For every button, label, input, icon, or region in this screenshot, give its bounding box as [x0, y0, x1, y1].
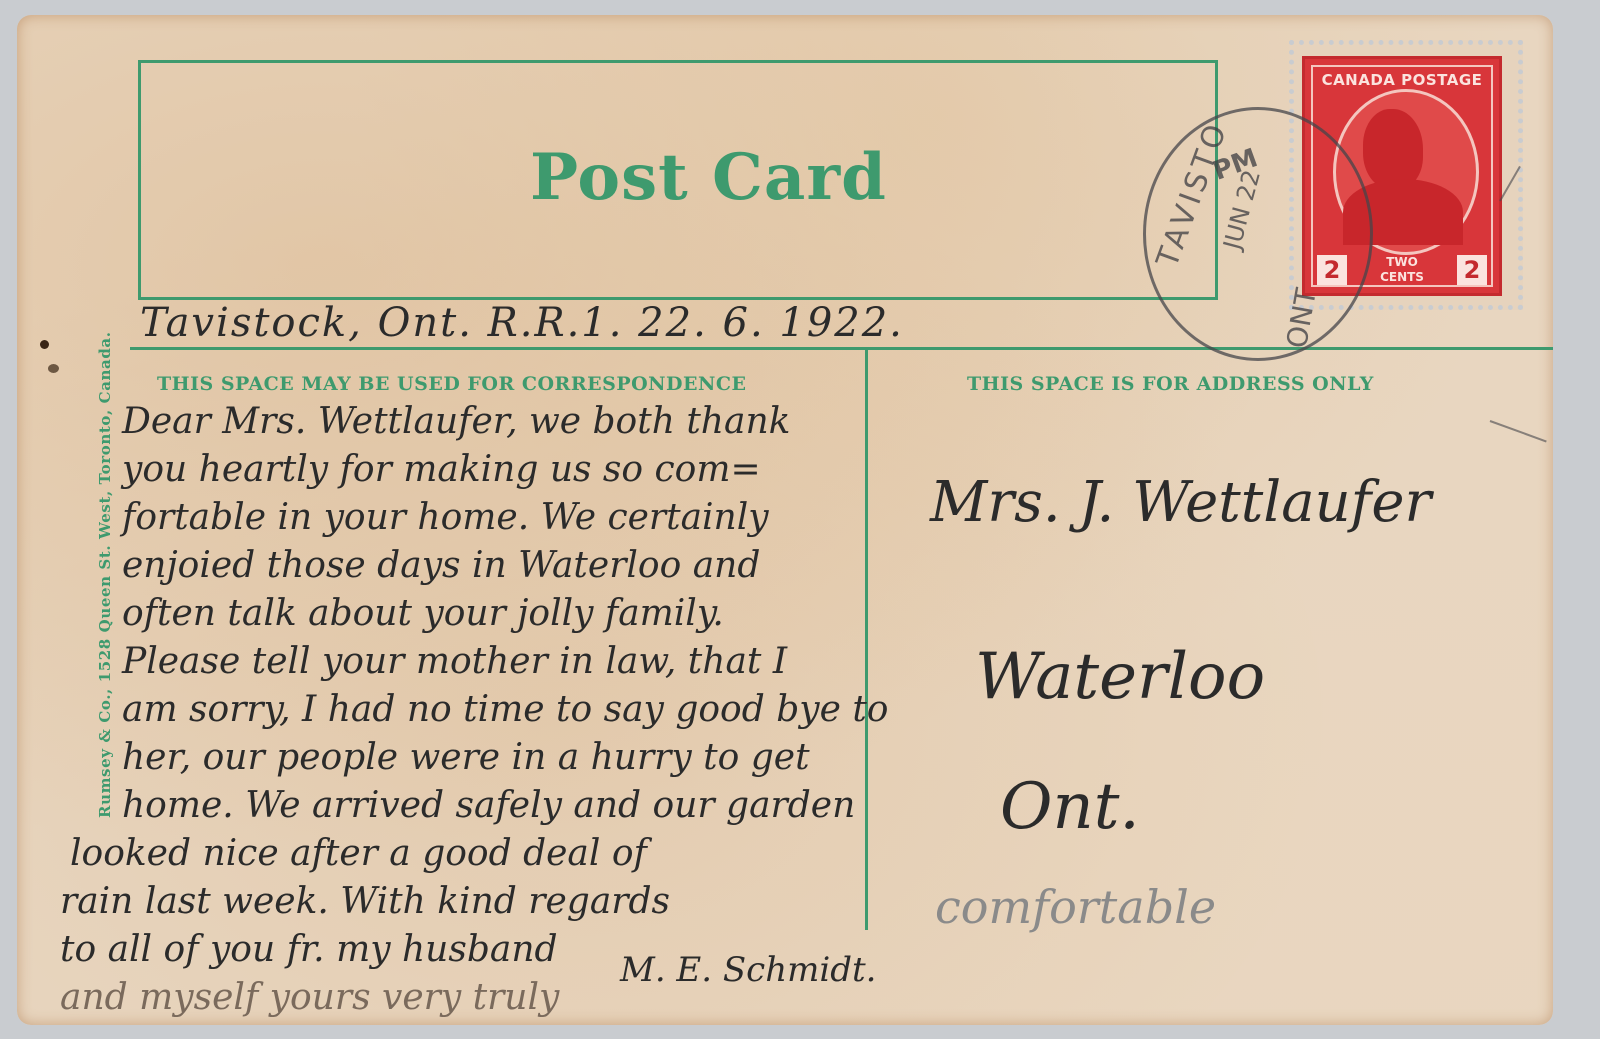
stamp-value-word: CENTS — [1355, 270, 1449, 285]
king-portrait-icon — [1363, 109, 1423, 189]
message-line: enjoied those days in Waterloo and — [60, 542, 888, 590]
message-line: Dear Mrs. Wettlaufer, we both thank — [60, 398, 888, 446]
handwritten-message: Dear Mrs. Wettlaufer, we both thank you … — [60, 398, 888, 1022]
correspondence-label: THIS SPACE MAY BE USED FOR CORRESPONDENC… — [157, 373, 746, 395]
postcard-title: Post Card — [530, 140, 887, 215]
message-line: looked nice after a good deal of — [60, 830, 888, 878]
message-line: home. We arrived safely and our garden — [60, 782, 888, 830]
message-line: often talk about your jolly family. — [60, 590, 888, 638]
ink-spot — [40, 340, 49, 349]
stamp-value-right: 2 — [1457, 255, 1487, 285]
message-line: rain last week. With kind regards — [60, 878, 888, 926]
ink-spot — [48, 364, 59, 373]
stamp-country-text: CANADA POSTAGE — [1305, 71, 1499, 89]
recipient-city: Waterloo — [975, 640, 1265, 714]
message-line: her, our people were in a hurry to get — [60, 734, 888, 782]
message-line: you heartly for making us so com= — [60, 446, 888, 494]
recipient-province: Ont. — [1000, 770, 1140, 844]
address-label: THIS SPACE IS FOR ADDRESS ONLY — [967, 373, 1374, 395]
pencil-note: comfortable — [935, 880, 1216, 934]
signature: M. E. Schmidt. — [620, 950, 876, 990]
handwritten-dateline: Tavistock, Ont. R.R.1. 22. 6. 1922. — [140, 300, 904, 346]
recipient-name: Mrs. J. Wettlaufer — [930, 470, 1431, 535]
horizontal-divider — [130, 347, 1553, 350]
message-line: fortable in your home. We certainly — [60, 494, 888, 542]
message-line: am sorry, I had no time to say good bye … — [60, 686, 888, 734]
message-line: Please tell your mother in law, that I — [60, 638, 888, 686]
